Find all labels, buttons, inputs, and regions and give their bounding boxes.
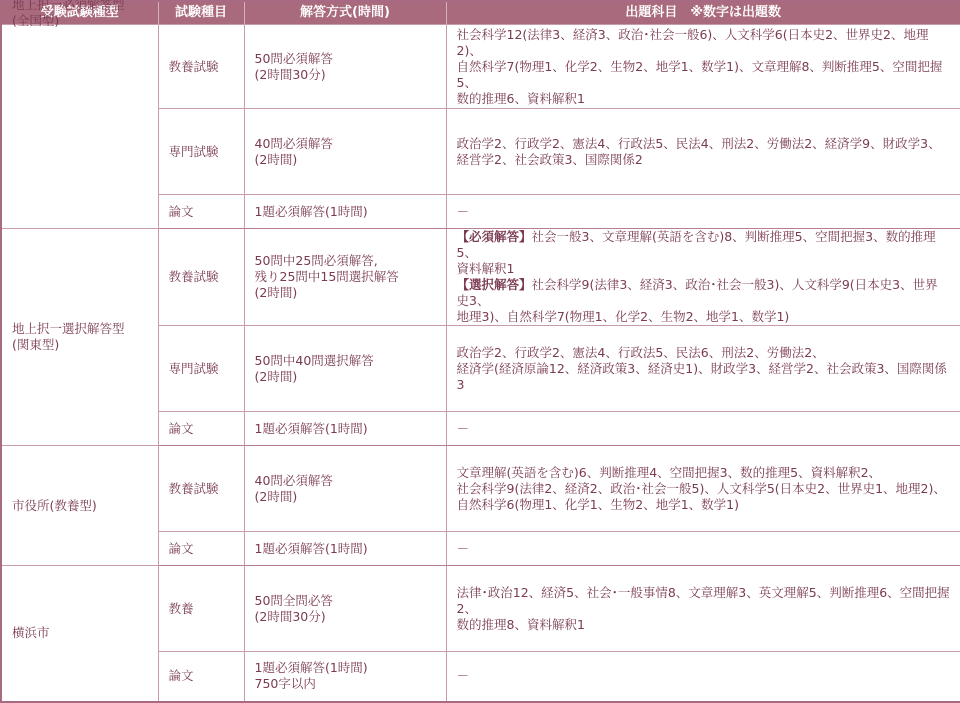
method-line: (2時間) [255, 369, 436, 385]
exam-format-table: 受験試験種型 試験種目 解答方式(時間) 出題科目 ※数字は出題数 地上択一必須… [0, 0, 960, 695]
content-line: 【必須解答】社会一般3、文章理解(英語を含む)8、判断推理5、空間把握3、数的推… [457, 229, 951, 261]
header-exam-subject: 試験種目 [158, 1, 244, 25]
method-line: 750字以内 [255, 676, 436, 692]
header-answer-method: 解答方式(時間) [244, 1, 446, 25]
table-row: 市役所(教養型) 教養試験 40問必須解答 (2時間) 文章理解(英語を含む)6… [1, 446, 960, 532]
content-line: 経営学2、社会政策3、国際関係2 [457, 152, 951, 168]
content-cell: － [446, 652, 960, 696]
content-cell: 政治学2、行政学2、憲法4、行政法5、民法6、刑法2、労働法2、 経済学(経済原… [446, 326, 960, 412]
content-line: 政治学2、行政学2、憲法4、行政法5、民法4、刑法2、労働法2、経済学9、財政学… [457, 136, 951, 152]
content-line: 自然科学6(物理1、化学1、生物2、地学1、数学1) [457, 497, 951, 513]
content-cell: 文章理解(英語を含む)6、判断推理4、空間把握3、数的推理5、資料解釈2、 社会… [446, 446, 960, 532]
table-row: 横浜市 教養 50問全問必答 (2時間30分) 法律･政治12、経済5、社会･一… [1, 566, 960, 652]
exam-type-cell: 横浜市 [1, 566, 158, 696]
method-line: 50問必須解答 [255, 51, 436, 67]
method-line: 40問必須解答 [255, 473, 436, 489]
elective-label: 【選択解答】 [457, 277, 532, 292]
content-line: 法律･政治12、経済5、社会･一般事情8、文章理解3、英文理解5、判断推理6、空… [457, 585, 951, 617]
exam-type-name: 横浜市 [12, 625, 148, 641]
subject-cell: 論文 [158, 652, 244, 696]
content-line: 地理3)、自然科学7(物理1、化学2、生物2、地学1、数学1) [457, 309, 951, 325]
table-row: 地上択一必須解答型 (全国型) 教養試験 50問必須解答 (2時間30分) 社会… [1, 25, 960, 109]
empty-dash: － [457, 541, 951, 557]
method-line: 50問中25問必須解答, [255, 253, 436, 269]
subject-cell: 論文 [158, 195, 244, 229]
empty-dash: － [457, 421, 951, 437]
method-cell: 1題必須解答(1時間) [244, 412, 446, 446]
subject-cell: 教養試験 [158, 25, 244, 109]
method-line: 1題必須解答(1時間) [255, 660, 436, 676]
method-cell: 50問必須解答 (2時間30分) [244, 25, 446, 109]
method-line: (2時間30分) [255, 609, 436, 625]
method-line: (2時間) [255, 152, 436, 168]
table-row: 地上択一選択解答型 (関東型) 教養試験 50問中25問必須解答, 残り25問中… [1, 229, 960, 326]
content-cell: － [446, 195, 960, 229]
content-line: 社会科学12(法律3、経済3、政治･社会一般6)、人文科学6(日本史2、世界史2… [457, 27, 951, 59]
method-line: 40問必須解答 [255, 136, 436, 152]
empty-dash: － [457, 668, 951, 684]
content-cell: 法律･政治12、経済5、社会･一般事情8、文章理解3、英文理解5、判断推理6、空… [446, 566, 960, 652]
content-line: 自然科学7(物理1、化学2、生物2、地学1、数学1)、文章理解8、判断推理5、空… [457, 59, 951, 91]
content-cell: 【必須解答】社会一般3、文章理解(英語を含む)8、判断推理5、空間把握3、数的推… [446, 229, 960, 326]
subject-cell: 教養 [158, 566, 244, 652]
method-line: 1題必須解答(1時間) [255, 541, 436, 557]
exam-type-name: 市役所(教養型) [12, 498, 148, 514]
method-line: (2時間30分) [255, 67, 436, 83]
content-cell: － [446, 532, 960, 566]
exam-type-name: 地上択一選択解答型 [12, 321, 148, 337]
method-line: 残り25問中15問選択解答 [255, 269, 436, 285]
method-line: (2時間) [255, 489, 436, 505]
method-cell: 40問必須解答 (2時間) [244, 446, 446, 532]
content-line: 数的推理8、資料解釈1 [457, 617, 951, 633]
method-line: 50問全問必答 [255, 593, 436, 609]
content-text: 資料解釈1 [457, 261, 515, 276]
content-cell: 政治学2、行政学2、憲法4、行政法5、民法4、刑法2、労働法2、経済学9、財政学… [446, 109, 960, 195]
method-line: 1題必須解答(1時間) [255, 421, 436, 437]
exam-type-region: (全国型) [12, 13, 148, 29]
content-cell: 社会科学12(法律3、経済3、政治･社会一般6)、人文科学6(日本史2、世界史2… [446, 25, 960, 109]
required-label: 【必須解答】 [457, 229, 532, 244]
exam-type-name: 地上択一必須解答型 [12, 0, 148, 13]
method-cell: 50問中40問選択解答 (2時間) [244, 326, 446, 412]
method-line: (2時間) [255, 285, 436, 301]
exam-type-cell: 地上択一選択解答型 (関東型) [1, 229, 158, 446]
content-line: 社会科学9(法律2、経済2、政治･社会一般5)、人文科学5(日本史2、世界史1、… [457, 481, 951, 497]
content-line: 資料解釈1 [457, 261, 951, 277]
content-line: 文章理解(英語を含む)6、判断推理4、空間把握3、数的推理5、資料解釈2、 [457, 465, 951, 481]
method-cell: 40問必須解答 (2時間) [244, 109, 446, 195]
method-line: 50問中40問選択解答 [255, 353, 436, 369]
exam-type-cell: 地上択一必須解答型 (全国型) [1, 25, 158, 229]
subject-cell: 専門試験 [158, 109, 244, 195]
method-cell: 50問全問必答 (2時間30分) [244, 566, 446, 652]
method-cell: 1題必須解答(1時間) 750字以内 [244, 652, 446, 696]
exam-type-region: (関東型) [12, 337, 148, 353]
subject-cell: 論文 [158, 532, 244, 566]
content-line: 政治学2、行政学2、憲法4、行政法5、民法6、刑法2、労働法2、 [457, 345, 951, 361]
content-cell: － [446, 412, 960, 446]
subject-cell: 専門試験 [158, 326, 244, 412]
subject-cell: 教養試験 [158, 446, 244, 532]
subject-cell: 教養試験 [158, 229, 244, 326]
content-text: 地理3)、自然科学7(物理1、化学2、生物2、地学1、数学1) [457, 309, 790, 324]
method-cell: 1題必須解答(1時間) [244, 532, 446, 566]
subject-cell: 論文 [158, 412, 244, 446]
content-line: 数的推理6、資料解釈1 [457, 91, 951, 107]
exam-type-cell: 市役所(教養型) [1, 446, 158, 566]
empty-dash: － [457, 204, 951, 220]
content-line: 経済学(経済原論12、経済政策3、経済史1)、財政学3、経営学2、社会政策3、国… [457, 361, 951, 393]
method-cell: 1題必須解答(1時間) [244, 195, 446, 229]
header-question-topics: 出題科目 ※数字は出題数 [446, 1, 960, 25]
method-cell: 50問中25問必須解答, 残り25問中15問選択解答 (2時間) [244, 229, 446, 326]
method-line: 1題必須解答(1時間) [255, 204, 436, 220]
content-line: 【選択解答】社会科学9(法律3、経済3、政治･社会一般3)、人文科学9(日本史3… [457, 277, 951, 309]
